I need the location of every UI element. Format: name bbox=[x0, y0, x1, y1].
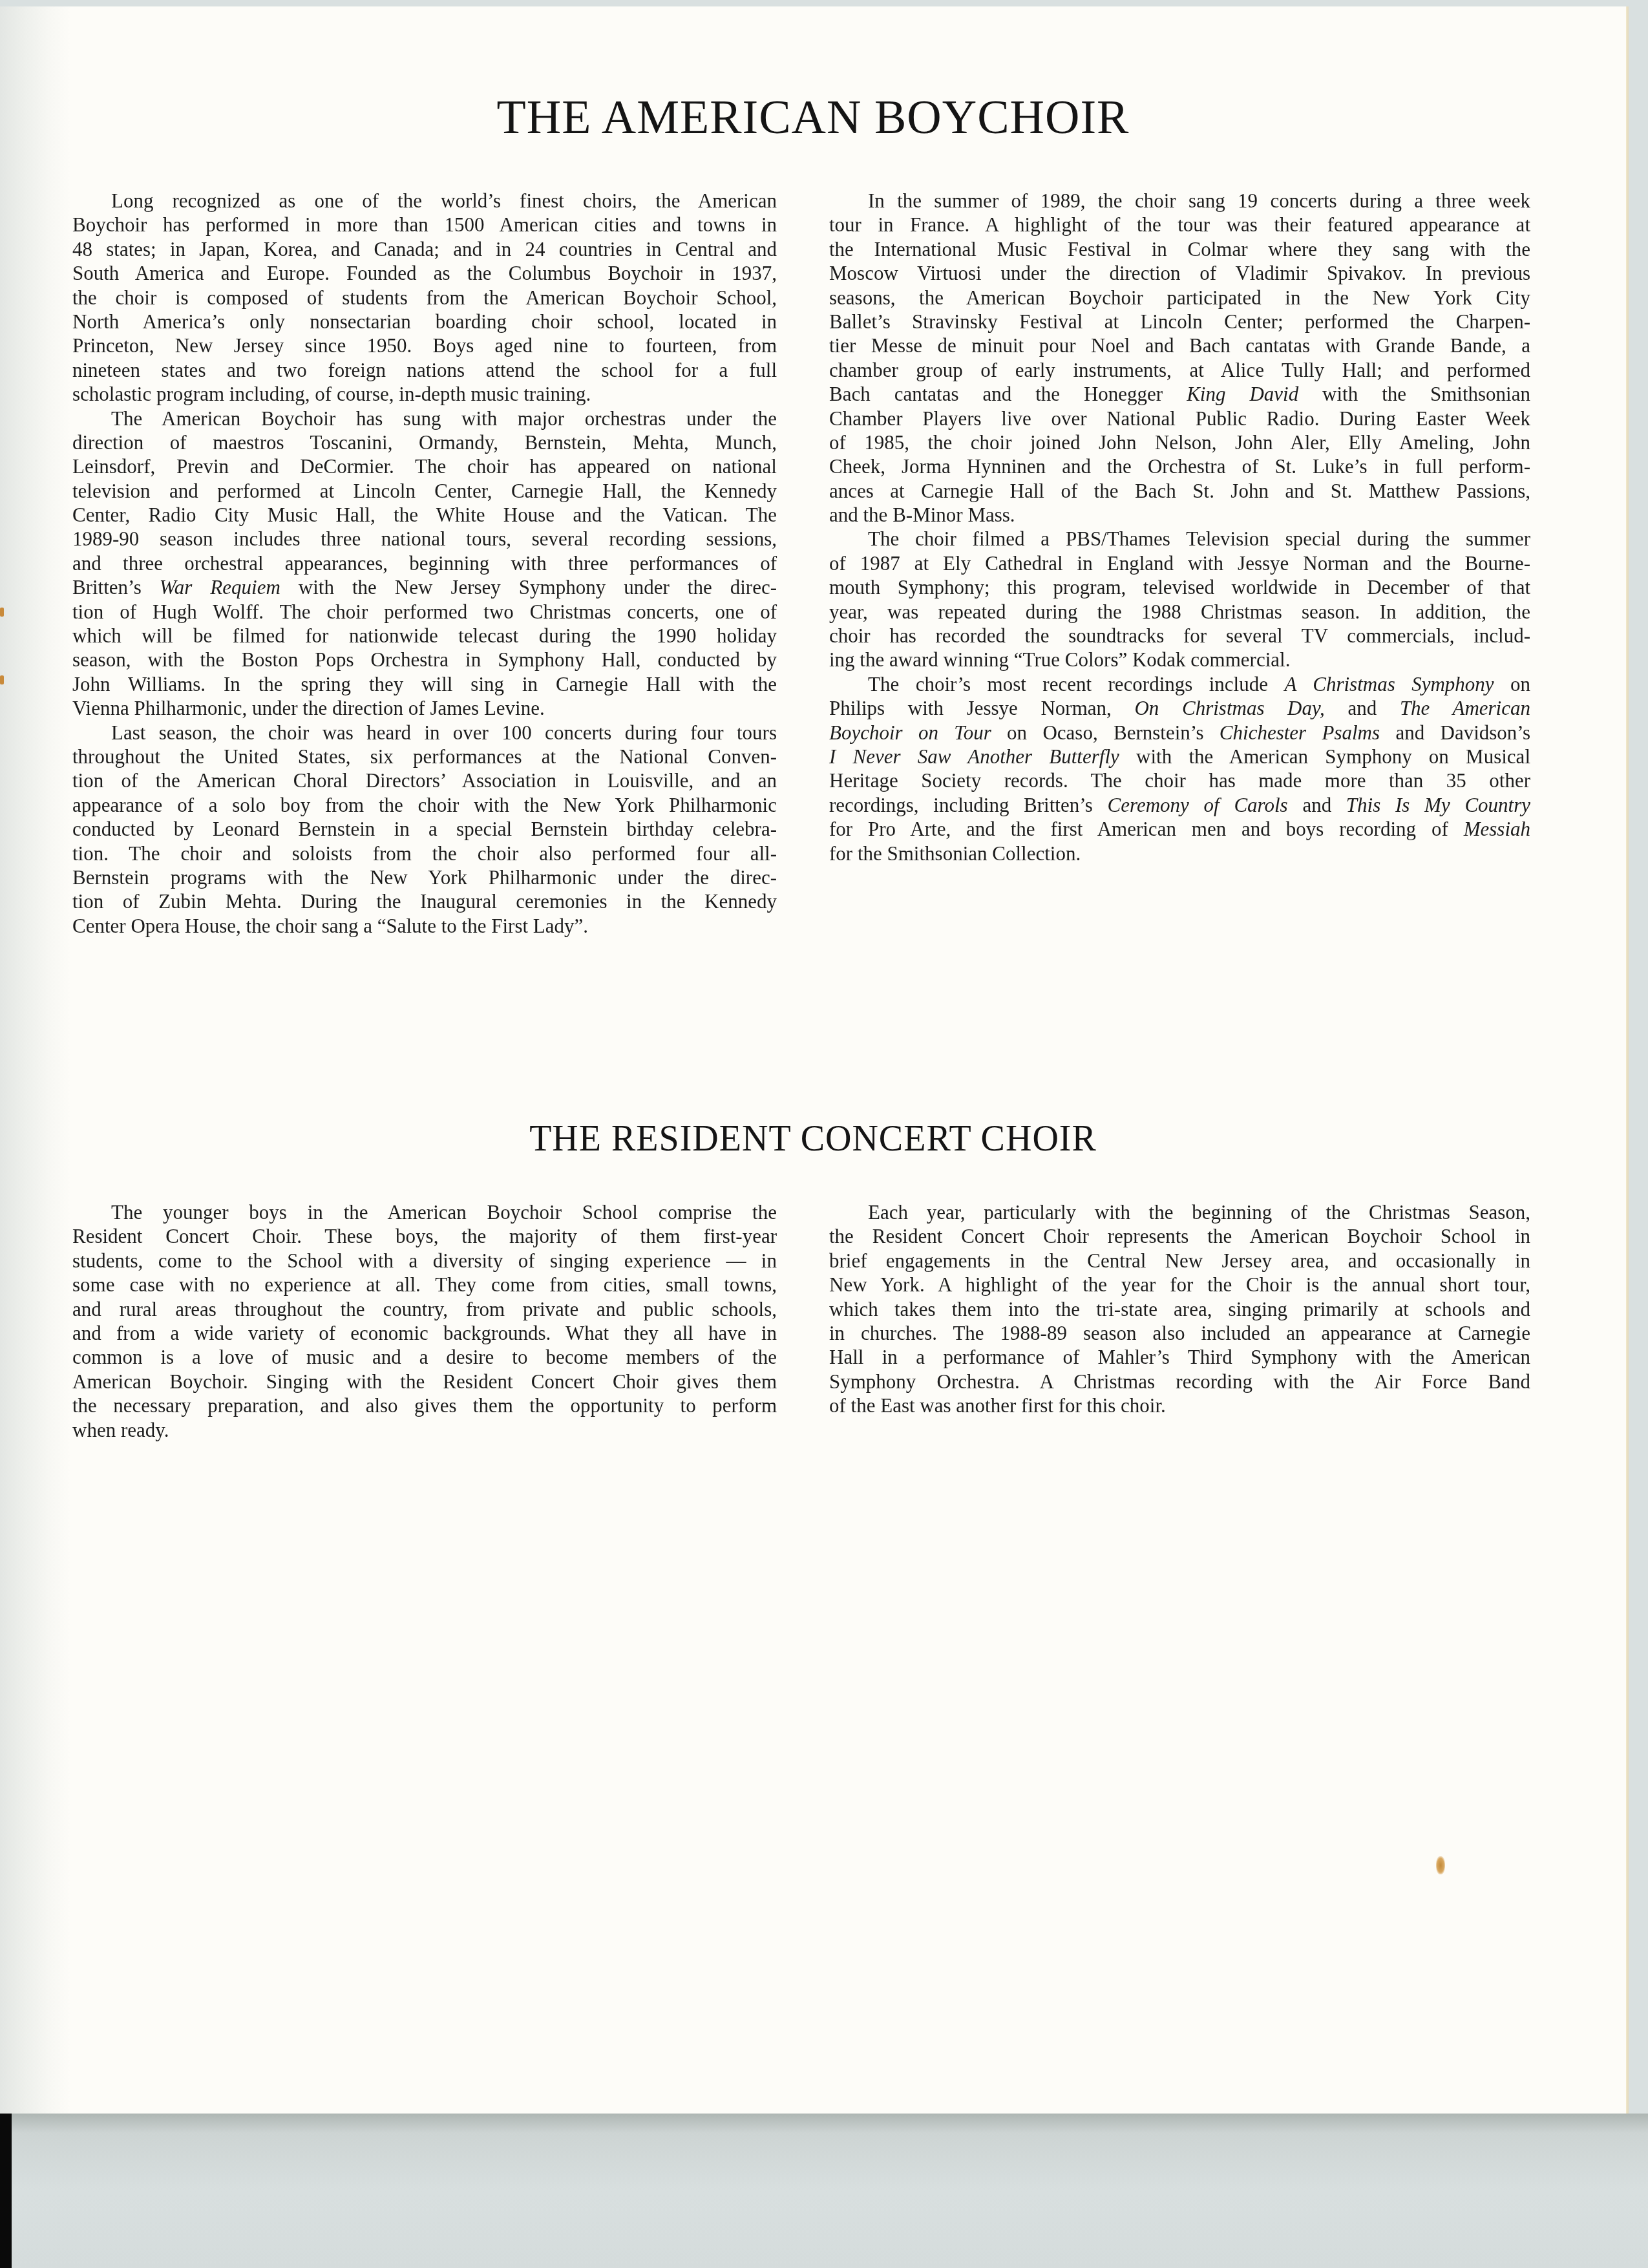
text-line: chamber group of early instruments, at A… bbox=[829, 358, 1530, 382]
text-line: the International Music Festival in Colm… bbox=[829, 237, 1530, 261]
text-run: conducted by Leonard Bernstein in a spec… bbox=[72, 818, 777, 840]
text-run: for Pro Arte, and the first American men… bbox=[829, 818, 1464, 840]
text-run: television and performed at Lincoln Cent… bbox=[72, 480, 777, 502]
text-line: Bach cantatas and the Honegger King Davi… bbox=[829, 382, 1530, 406]
text-line: Center, Radio City Music Hall, the White… bbox=[72, 503, 777, 527]
text-line: South America and Europe. Founded as the… bbox=[72, 261, 777, 285]
italic-title: Messiah bbox=[1464, 818, 1530, 840]
text-run: Princeton, New Jersey since 1950. Boys a… bbox=[72, 334, 777, 357]
text-run: the Resident Concert Choir represents th… bbox=[829, 1225, 1530, 1247]
text-run: on bbox=[1494, 673, 1530, 695]
text-line: 48 states; in Japan, Korea, and Canada; … bbox=[72, 237, 777, 261]
text-line: Long recognized as one of the world’s fi… bbox=[72, 189, 777, 213]
text-run: tour in France. A highlight of the tour … bbox=[829, 213, 1530, 236]
text-run: The choir filmed a PBS/Thames Television… bbox=[868, 527, 1530, 550]
text-line: which will be filmed for nationwide tele… bbox=[72, 624, 777, 648]
text-line: In the summer of 1989, the choir sang 19… bbox=[829, 189, 1530, 213]
text-run: John Williams. In the spring they will s… bbox=[72, 673, 777, 695]
text-run: the necessary preparation, and also give… bbox=[72, 1394, 777, 1417]
text-line: Last season, the choir was heard in over… bbox=[72, 721, 777, 745]
text-run: Symphony Orchestra. A Christmas recordin… bbox=[829, 1370, 1530, 1393]
text-line: of 1985, the choir joined John Nelson, J… bbox=[829, 430, 1530, 454]
text-line: The younger boys in the American Boychoi… bbox=[72, 1200, 777, 1224]
text-line: 1989-90 season includes three national t… bbox=[72, 527, 777, 551]
text-run: ing the award winning “True Colors” Koda… bbox=[829, 648, 1290, 671]
text-run: tion of Hugh Wolff. The choir performed … bbox=[72, 600, 777, 623]
text-run: Heritage Society records. The choir has … bbox=[829, 769, 1530, 792]
text-run: Long recognized as one of the world’s fi… bbox=[111, 189, 777, 212]
text-line: common is a love of music and a desire t… bbox=[72, 1345, 777, 1369]
text-run: some case with no experience at all. The… bbox=[72, 1273, 777, 1296]
text-line: seasons, the American Boychoir participa… bbox=[829, 286, 1530, 310]
text-run: ances at Carnegie Hall of the Bach St. J… bbox=[829, 480, 1530, 502]
text-run: Bach cantatas and the Honegger bbox=[829, 383, 1187, 405]
boychoir-right-column: In the summer of 1989, the choir sang 19… bbox=[829, 189, 1530, 865]
text-line: Philips with Jessye Norman, On Christmas… bbox=[829, 696, 1530, 720]
text-line: Ballet’s Stravinsky Festival at Lincoln … bbox=[829, 310, 1530, 334]
text-run: The younger boys in the American Boychoi… bbox=[111, 1201, 777, 1224]
text-run: mouth Symphony; this program, televised … bbox=[829, 576, 1530, 599]
text-run: Center Opera House, the choir sang a “Sa… bbox=[72, 915, 588, 937]
text-line: of the East was another first for this c… bbox=[829, 1394, 1530, 1417]
text-run: and the B-Minor Mass. bbox=[829, 503, 1015, 526]
text-run: Bernstein programs with the New York Phi… bbox=[72, 866, 777, 889]
text-line: Bernstein programs with the New York Phi… bbox=[72, 865, 777, 889]
text-run: year, was repeated during the 1988 Chris… bbox=[829, 600, 1530, 623]
concert-choir-right-column: Each year, particularly with the beginni… bbox=[829, 1200, 1530, 1418]
text-line: the Resident Concert Choir represents th… bbox=[829, 1224, 1530, 1248]
text-run: season, with the Boston Pops Orchestra i… bbox=[72, 648, 777, 671]
italic-title: On Christmas Day, bbox=[1134, 697, 1324, 719]
text-line: Princeton, New Jersey since 1950. Boys a… bbox=[72, 334, 777, 357]
text-run: 48 states; in Japan, Korea, and Canada; … bbox=[72, 238, 777, 260]
text-line: Leinsdorf, Previn and DeCormier. The cho… bbox=[72, 454, 777, 478]
text-line: and the B-Minor Mass. bbox=[829, 503, 1530, 527]
text-line: Heritage Society records. The choir has … bbox=[829, 768, 1530, 792]
text-run: North America’s only nonsectarian boardi… bbox=[72, 310, 777, 333]
paper-stain-mark bbox=[1436, 1856, 1445, 1874]
text-run: brief engagements in the Central New Jer… bbox=[829, 1249, 1530, 1272]
text-line: of 1987 at Ely Cathedral in England with… bbox=[829, 551, 1530, 575]
text-run: nineteen states and two foreign nations … bbox=[72, 359, 777, 381]
text-run: and bbox=[1325, 697, 1400, 719]
text-line: Chamber Players live over National Publi… bbox=[829, 407, 1530, 430]
text-run: and from a wide variety of economic back… bbox=[72, 1322, 777, 1344]
text-line: Britten’s War Requiem with the New Jerse… bbox=[72, 575, 777, 599]
text-line: tion of Hugh Wolff. The choir performed … bbox=[72, 600, 777, 624]
text-line: some case with no experience at all. The… bbox=[72, 1273, 777, 1297]
text-run: direction of maestros Toscanini, Ormandy… bbox=[72, 431, 777, 454]
text-line: Hall in a performance of Mahler’s Third … bbox=[829, 1345, 1530, 1369]
text-run: American Boychoir. Singing with the Resi… bbox=[72, 1370, 777, 1393]
text-line: when ready. bbox=[72, 1418, 777, 1442]
text-run: throughout the United States, six perfor… bbox=[72, 745, 777, 768]
text-run: In the summer of 1989, the choir sang 19… bbox=[868, 189, 1530, 212]
text-line: appearance of a solo boy from the choir … bbox=[72, 793, 777, 817]
text-line: tion of the American Choral Directors’ A… bbox=[72, 768, 777, 792]
italic-title: War Requiem bbox=[160, 576, 280, 599]
text-run: Boychoir has performed in more than 1500… bbox=[72, 213, 777, 236]
text-line: for Pro Arte, and the first American men… bbox=[829, 817, 1530, 841]
text-line: tion of Zubin Mehta. During the Inaugura… bbox=[72, 889, 777, 913]
text-run: when ready. bbox=[72, 1419, 169, 1441]
concert-choir-left-column: The younger boys in the American Boychoi… bbox=[72, 1200, 777, 1442]
text-line: which takes them into the tri-state area… bbox=[829, 1297, 1530, 1321]
text-line: throughout the United States, six perfor… bbox=[72, 745, 777, 768]
text-run: South America and Europe. Founded as the… bbox=[72, 262, 777, 284]
text-line: and from a wide variety of economic back… bbox=[72, 1321, 777, 1345]
text-run: Vienna Philharmonic, under the direction… bbox=[72, 697, 545, 719]
text-line: choir has recorded the soundtracks for s… bbox=[829, 624, 1530, 648]
italic-title: The American bbox=[1400, 697, 1530, 719]
italic-title: I Never Saw Another Butterfly bbox=[829, 745, 1119, 768]
text-line: for the Smithsonian Collection. bbox=[829, 842, 1530, 865]
text-line: tion. The choir and soloists from the ch… bbox=[72, 842, 777, 865]
text-line: tour in France. A highlight of the tour … bbox=[829, 213, 1530, 237]
text-line: and rural areas throughout the country, … bbox=[72, 1297, 777, 1321]
text-run: recordings, including Britten’s bbox=[829, 794, 1108, 816]
text-line: and three orchestral appearances, beginn… bbox=[72, 551, 777, 575]
text-line: television and performed at Lincoln Cent… bbox=[72, 479, 777, 503]
text-line: in churches. The 1988-89 season also inc… bbox=[829, 1321, 1530, 1345]
text-run: Each year, particularly with the beginni… bbox=[868, 1201, 1530, 1224]
text-run: and rural areas throughout the country, … bbox=[72, 1298, 777, 1320]
text-line: conducted by Leonard Bernstein in a spec… bbox=[72, 817, 777, 841]
scanner-edge-strip bbox=[0, 2114, 12, 2268]
text-run: on Ocaso, Bernstein’s bbox=[991, 721, 1220, 744]
gutter-shadow bbox=[0, 6, 71, 2115]
text-line: Each year, particularly with the beginni… bbox=[829, 1200, 1530, 1224]
text-line: I Never Saw Another Butterfly with the A… bbox=[829, 745, 1530, 768]
text-line: ing the award winning “True Colors” Koda… bbox=[829, 648, 1530, 672]
text-run: with the New Jersey Symphony under the d… bbox=[280, 576, 777, 599]
text-run: tier Messe de minuit pour Noel and Bach … bbox=[829, 334, 1530, 357]
text-run: Moscow Virtuosi under the direction of V… bbox=[829, 262, 1530, 284]
italic-title: King David bbox=[1187, 383, 1298, 405]
text-line: recordings, including Britten’s Ceremony… bbox=[829, 793, 1530, 817]
text-run: Hall in a performance of Mahler’s Third … bbox=[829, 1346, 1530, 1368]
text-line: John Williams. In the spring they will s… bbox=[72, 672, 777, 696]
text-run: the International Music Festival in Colm… bbox=[829, 238, 1530, 260]
text-run: which will be filmed for nationwide tele… bbox=[72, 624, 777, 647]
text-line: The choir filmed a PBS/Thames Television… bbox=[829, 527, 1530, 551]
text-run: in churches. The 1988-89 season also inc… bbox=[829, 1322, 1530, 1344]
text-line: The American Boychoir has sung with majo… bbox=[72, 407, 777, 430]
text-run: of 1985, the choir joined John Nelson, J… bbox=[829, 431, 1530, 454]
text-line: students, come to the School with a dive… bbox=[72, 1249, 777, 1273]
text-run: of 1987 at Ely Cathedral in England with… bbox=[829, 552, 1530, 575]
text-run: of the East was another first for this c… bbox=[829, 1394, 1166, 1417]
text-line: year, was repeated during the 1988 Chris… bbox=[829, 600, 1530, 624]
text-run: Center, Radio City Music Hall, the White… bbox=[72, 503, 777, 526]
text-line: mouth Symphony; this program, televised … bbox=[829, 575, 1530, 599]
text-run: seasons, the American Boychoir participa… bbox=[829, 286, 1530, 309]
text-run: students, come to the School with a dive… bbox=[72, 1249, 777, 1272]
document-page: THE AMERICAN BOYCHOIR Long recognized as… bbox=[0, 6, 1626, 2115]
text-line: North America’s only nonsectarian boardi… bbox=[72, 310, 777, 334]
binding-edge-marks bbox=[0, 536, 6, 730]
text-run: Cheek, Jorma Hynninen and the Orchestra … bbox=[829, 455, 1530, 478]
text-line: the choir is composed of students from t… bbox=[72, 286, 777, 310]
text-run: appearance of a solo boy from the choir … bbox=[72, 794, 777, 816]
text-run: Last season, the choir was heard in over… bbox=[111, 721, 777, 744]
text-run: tion. The choir and soloists from the ch… bbox=[72, 842, 777, 865]
text-run: Britten’s bbox=[72, 576, 160, 599]
italic-title: Ceremony of Carols bbox=[1108, 794, 1288, 816]
text-line: Boychoir has performed in more than 1500… bbox=[72, 213, 777, 237]
italic-title: Chichester Psalms bbox=[1220, 721, 1380, 744]
text-run: chamber group of early instruments, at A… bbox=[829, 359, 1530, 381]
text-line: brief engagements in the Central New Jer… bbox=[829, 1249, 1530, 1273]
italic-title: A Christmas Symphony bbox=[1284, 673, 1494, 695]
text-line: the necessary preparation, and also give… bbox=[72, 1394, 777, 1417]
italic-title: This Is My Country bbox=[1346, 794, 1530, 816]
text-line: Boychoir on Tour on Ocaso, Bernstein’s C… bbox=[829, 721, 1530, 745]
text-run: common is a love of music and a desire t… bbox=[72, 1346, 777, 1368]
text-line: Cheek, Jorma Hynninen and the Orchestra … bbox=[829, 454, 1530, 478]
text-run: The choir’s most recent recordings inclu… bbox=[868, 673, 1284, 695]
text-line: New York. A highlight of the year for th… bbox=[829, 1273, 1530, 1297]
text-run: for the Smithsonian Collection. bbox=[829, 842, 1081, 865]
text-line: tier Messe de minuit pour Noel and Bach … bbox=[829, 334, 1530, 357]
text-run: and Davidson’s bbox=[1380, 721, 1530, 744]
text-line: direction of maestros Toscanini, Ormandy… bbox=[72, 430, 777, 454]
text-run: the choir is composed of students from t… bbox=[72, 286, 777, 309]
text-run: choir has recorded the soundtracks for s… bbox=[829, 624, 1530, 647]
text-line: Resident Concert Choir. These boys, the … bbox=[72, 1224, 777, 1248]
text-line: American Boychoir. Singing with the Resi… bbox=[72, 1370, 777, 1394]
italic-title: Boychoir on Tour bbox=[829, 721, 991, 744]
text-run: scholastic program including, of course,… bbox=[72, 383, 591, 405]
text-run: Resident Concert Choir. These boys, the … bbox=[72, 1225, 777, 1247]
text-run: and bbox=[1288, 794, 1346, 816]
text-line: season, with the Boston Pops Orchestra i… bbox=[72, 648, 777, 672]
text-line: scholastic program including, of course,… bbox=[72, 382, 777, 406]
text-line: The choir’s most recent recordings inclu… bbox=[829, 672, 1530, 696]
text-line: nineteen states and two foreign nations … bbox=[72, 358, 777, 382]
text-run: which takes them into the tri-state area… bbox=[829, 1298, 1530, 1320]
text-line: Vienna Philharmonic, under the direction… bbox=[72, 696, 777, 720]
text-line: ances at Carnegie Hall of the Bach St. J… bbox=[829, 479, 1530, 503]
text-run: with the Smithsonian bbox=[1298, 383, 1530, 405]
section-heading-resident-concert-choir: THE RESIDENT CONCERT CHOIR bbox=[0, 1118, 1626, 1160]
text-line: Symphony Orchestra. A Christmas recordin… bbox=[829, 1370, 1530, 1394]
text-line: Center Opera House, the choir sang a “Sa… bbox=[72, 914, 777, 938]
scanner-bed bbox=[12, 2114, 1648, 2268]
text-run: tion of Zubin Mehta. During the Inaugura… bbox=[72, 890, 777, 913]
text-run: Philips with Jessye Norman, bbox=[829, 697, 1134, 719]
text-run: and three orchestral appearances, beginn… bbox=[72, 552, 777, 575]
text-run: tion of the American Choral Directors’ A… bbox=[72, 769, 777, 792]
section-heading-american-boychoir: THE AMERICAN BOYCHOIR bbox=[0, 90, 1626, 145]
text-run: The American Boychoir has sung with majo… bbox=[111, 407, 777, 430]
text-run: Ballet’s Stravinsky Festival at Lincoln … bbox=[829, 310, 1530, 333]
text-run: Chamber Players live over National Publi… bbox=[829, 407, 1530, 430]
text-line: Moscow Virtuosi under the direction of V… bbox=[829, 261, 1530, 285]
text-run: Leinsdorf, Previn and DeCormier. The cho… bbox=[72, 455, 777, 478]
text-run: New York. A highlight of the year for th… bbox=[829, 1273, 1530, 1296]
boychoir-left-column: Long recognized as one of the world’s fi… bbox=[72, 189, 777, 938]
text-run: 1989-90 season includes three national t… bbox=[72, 527, 777, 550]
text-run: with the American Symphony on Musical bbox=[1119, 745, 1530, 768]
